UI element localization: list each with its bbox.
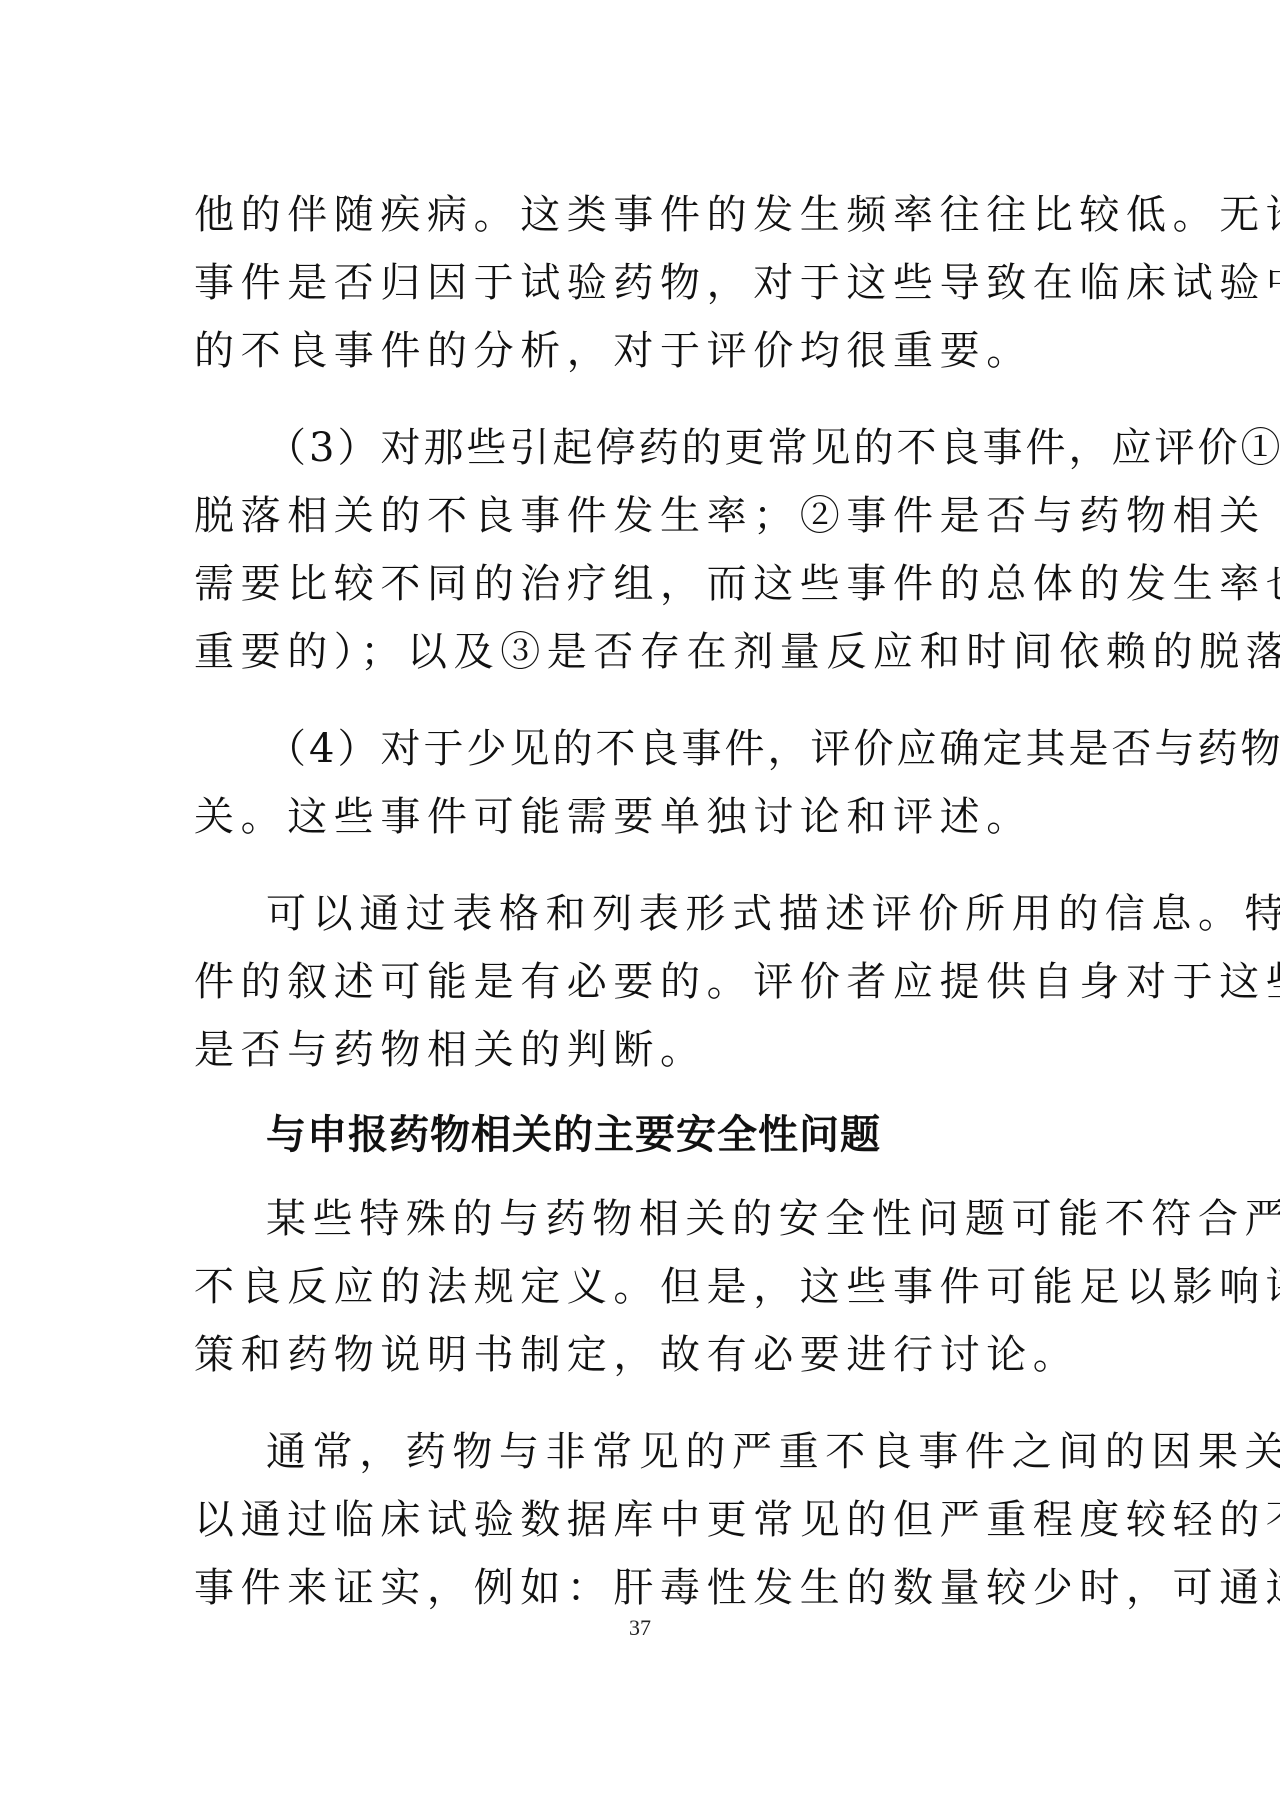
text-line: 脱落相关的不良事件发生率；②事件是否与药物相关（可能 <box>194 492 1094 540</box>
text-line: 件的叙述可能是有必要的。评价者应提供自身对于这些事件 <box>194 958 1094 1006</box>
text-line: 通常，药物与非常见的严重不良事件之间的因果关系可 <box>266 1428 1166 1476</box>
text-line: （4）对于少见的不良事件，评价应确定其是否与药物相 <box>266 725 1166 773</box>
page-number: 37 <box>0 1615 1280 1641</box>
text-line: 事件来证实，例如：肝毒性发生的数量较少时，可通过经常 <box>194 1564 1094 1612</box>
text-line: 是否与药物相关的判断。 <box>194 1026 1094 1074</box>
text-line: 以通过临床试验数据库中更常见的但严重程度较轻的不良 <box>194 1496 1094 1544</box>
text-line: 策和药物说明书制定，故有必要进行讨论。 <box>194 1331 1094 1379</box>
document-page: 他的伴随疾病。这类事件的发生频率往往比较低。无论这些 事件是否归因于试验药物，对… <box>0 0 1280 1810</box>
text-line: （3）对那些引起停药的更常见的不良事件，应评价①与 <box>266 424 1166 472</box>
text-line: 重要的）；以及③是否存在剂量反应和时间依赖的脱落。 <box>194 628 1094 676</box>
text-line: 关。这些事件可能需要单独讨论和评述。 <box>194 793 1094 841</box>
text-line: 可以通过表格和列表形式描述评价所用的信息。特殊事 <box>266 890 1166 938</box>
text-line: 他的伴随疾病。这类事件的发生频率往往比较低。无论这些 <box>194 191 1094 239</box>
text-line: 的不良事件的分析，对于评价均很重要。 <box>194 327 1094 375</box>
text-line: 某些特殊的与药物相关的安全性问题可能不符合严重 <box>266 1195 1166 1243</box>
text-line: 需要比较不同的治疗组，而这些事件的总体的发生率也是很 <box>194 560 1094 608</box>
text-line: 不良反应的法规定义。但是，这些事件可能足以影响评价决 <box>194 1263 1094 1311</box>
section-heading: 与申报药物相关的主要安全性问题 <box>266 1111 1166 1159</box>
text-line: 事件是否归因于试验药物，对于这些导致在临床试验中停药 <box>194 259 1094 307</box>
